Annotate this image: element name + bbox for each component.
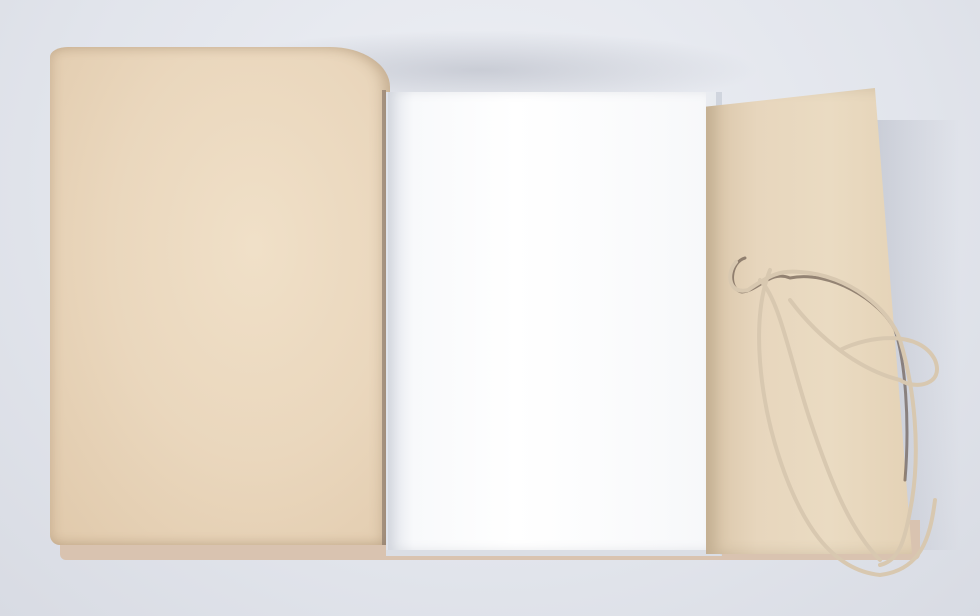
leather-cord — [0, 0, 980, 616]
journal-photo — [0, 0, 980, 616]
